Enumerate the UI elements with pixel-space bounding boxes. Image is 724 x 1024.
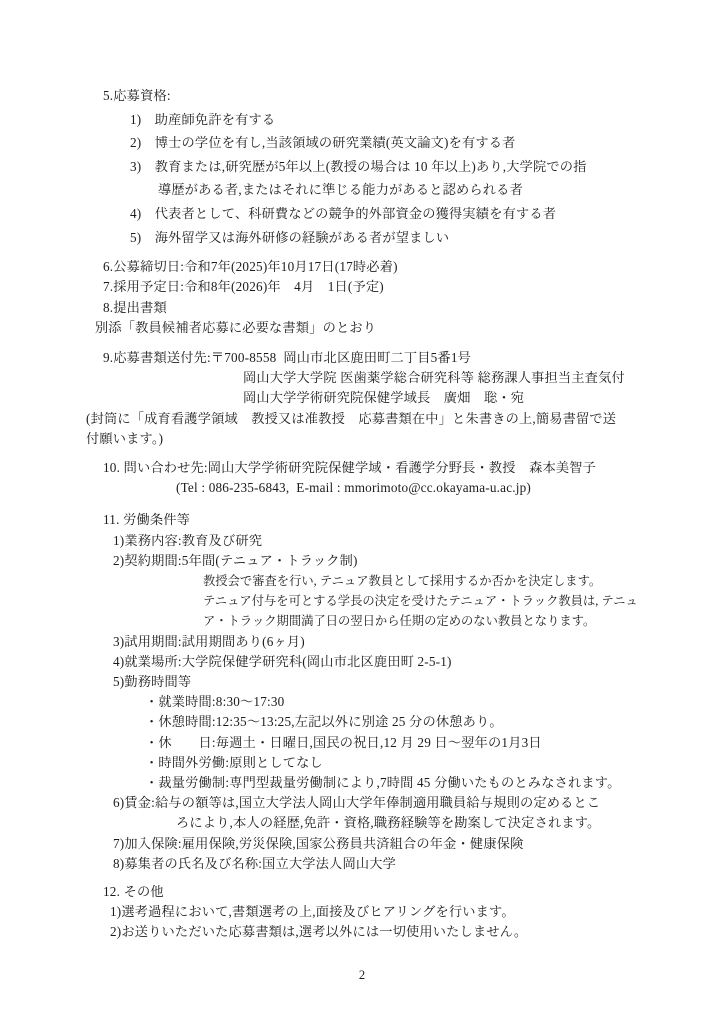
text-line: 7.採用予定日:令和8年(2026)年 4月 1日(予定) xyxy=(103,277,724,297)
text-line: ・休憩時間:12:35〜13:25,左記以外に別途 25 分の休憩あり。 xyxy=(145,712,724,732)
text-line: 1) 助産師免許を有する xyxy=(130,108,724,132)
text-line: 12. その他 xyxy=(103,882,724,902)
text-line: (封筒に「成育看護学領域 教授又は准教授 応募書類在中」と朱書きの上,簡易書留で… xyxy=(86,409,724,429)
text-line: ・裁量労働制:専門型裁量労働制により,7時間 45 分働いたものとみなされます。 xyxy=(145,773,724,793)
text-line: 8)募集者の氏名及び名称:国立大学法人岡山大学 xyxy=(113,854,724,874)
text-line: 4)就業場所:大学院保健学研究科(岡山市北区鹿田町 2-5-1) xyxy=(113,652,724,672)
text-line: 10. 問い合わせ先:岡山大学学術研究院保健学域・看護学分野長・教授 森本美智子 xyxy=(103,458,724,478)
text-line: 1)業務内容:教育及び研究 xyxy=(113,531,724,551)
text-line: 1)選考過程において,書類選考の上,面接及びヒアリングを行います。 xyxy=(110,902,724,922)
text-line: 岡山大学大学院 医歯薬学総合研究科等 総務課人事担当主査気付 xyxy=(243,368,724,388)
section-deadline-documents: 6.公募締切日:令和7年(2025)年10月17日(17時必着)7.採用予定日:… xyxy=(0,257,724,338)
text-line: 3) 教育または,研究歴が5年以上(教授の場合は 10 年以上)あり,大学院での… xyxy=(130,155,724,179)
text-line: 導歴がある者,またはそれに準じる能力があると認められる者 xyxy=(158,178,724,202)
text-line: (Tel : 086-235-6843, E-mail : mmorimoto@… xyxy=(176,478,724,498)
section-mailing-address: 9.応募書類送付先:〒700-8558 岡山市北区鹿田町二丁目5番1号岡山大学大… xyxy=(0,348,724,449)
text-line: 別添「教員候補者応募に必要な書類」のとおり xyxy=(95,318,724,338)
text-line: 11. 労働条件等 xyxy=(103,510,724,530)
text-line: テニュア付与を可とする学長の決定を受けたテニュア・トラック教員は, テニュ xyxy=(203,591,724,611)
section-contact: 10. 問い合わせ先:岡山大学学術研究院保健学域・看護学分野長・教授 森本美智子… xyxy=(0,458,724,498)
text-line: ・時間外労働:原則としてなし xyxy=(145,753,724,773)
text-line: 付願います。) xyxy=(86,429,724,449)
text-line: 6.公募締切日:令和7年(2025)年10月17日(17時必着) xyxy=(103,257,724,277)
text-line: 9.応募書類送付先:〒700-8558 岡山市北区鹿田町二丁目5番1号 xyxy=(103,348,724,368)
section-other: 12. その他1)選考過程において,書類選考の上,面接及びヒアリングを行います。… xyxy=(0,882,724,943)
text-line: 教授会で審査を行い, テニュア教員として採用するか否かを決定します。 xyxy=(203,571,724,591)
text-line: 5) 海外留学又は海外研修の経験がある者が望ましい xyxy=(130,226,724,250)
text-line: 2) 博士の学位を有し,当該領域の研究業績(英文論文)を有する者 xyxy=(130,131,724,155)
text-line: 8.提出書類 xyxy=(103,298,724,318)
text-line: 6)賃金:給与の額等は,国立大学法人岡山大学年俸制適用職員給与規則の定めるとこ xyxy=(113,793,724,813)
document-page: 5.応募資格:1) 助産師免許を有する2) 博士の学位を有し,当該領域の研究業績… xyxy=(0,0,724,1024)
text-line: 4) 代表者として、科研費などの競争的外部資金の獲得実績を有する者 xyxy=(130,202,724,226)
text-line: 岡山大学学術研究院保健学域長 廣畑 聡・宛 xyxy=(243,388,724,408)
text-line: 5)勤務時間等 xyxy=(113,672,724,692)
text-line: ・休 日:毎週土・日曜日,国民の祝日,12 月 29 日〜翌年の1月3日 xyxy=(145,733,724,753)
text-line: ア・トラック期間満了日の翌日から任期の定めのない教員となります。 xyxy=(203,611,724,631)
text-line: 2)契約期間:5年間(テニュア・トラック制) xyxy=(113,551,724,571)
text-line: 7)加入保険:雇用保険,労災保険,国家公務員共済組合の年金・健康保険 xyxy=(113,834,724,854)
text-line: 5.応募資格: xyxy=(103,84,724,108)
section-working-conditions: 11. 労働条件等1)業務内容:教育及び研究2)契約期間:5年間(テニュア・トラ… xyxy=(0,510,724,874)
document-body: 5.応募資格:1) 助産師免許を有する2) 博士の学位を有し,当該領域の研究業績… xyxy=(0,0,724,943)
section-qualifications: 5.応募資格:1) 助産師免許を有する2) 博士の学位を有し,当該領域の研究業績… xyxy=(0,84,724,249)
text-line: ・就業時間:8:30〜17:30 xyxy=(145,692,724,712)
page-number: 2 xyxy=(0,967,724,983)
text-line: ろにより,本人の経歴,免許・資格,職務経験等を勘案して決定されます。 xyxy=(176,813,724,833)
text-line: 2)お送りいただいた応募書類は,選考以外には一切使用いたしません。 xyxy=(110,922,724,942)
text-line: 3)試用期間:試用期間あり(6ヶ月) xyxy=(113,632,724,652)
